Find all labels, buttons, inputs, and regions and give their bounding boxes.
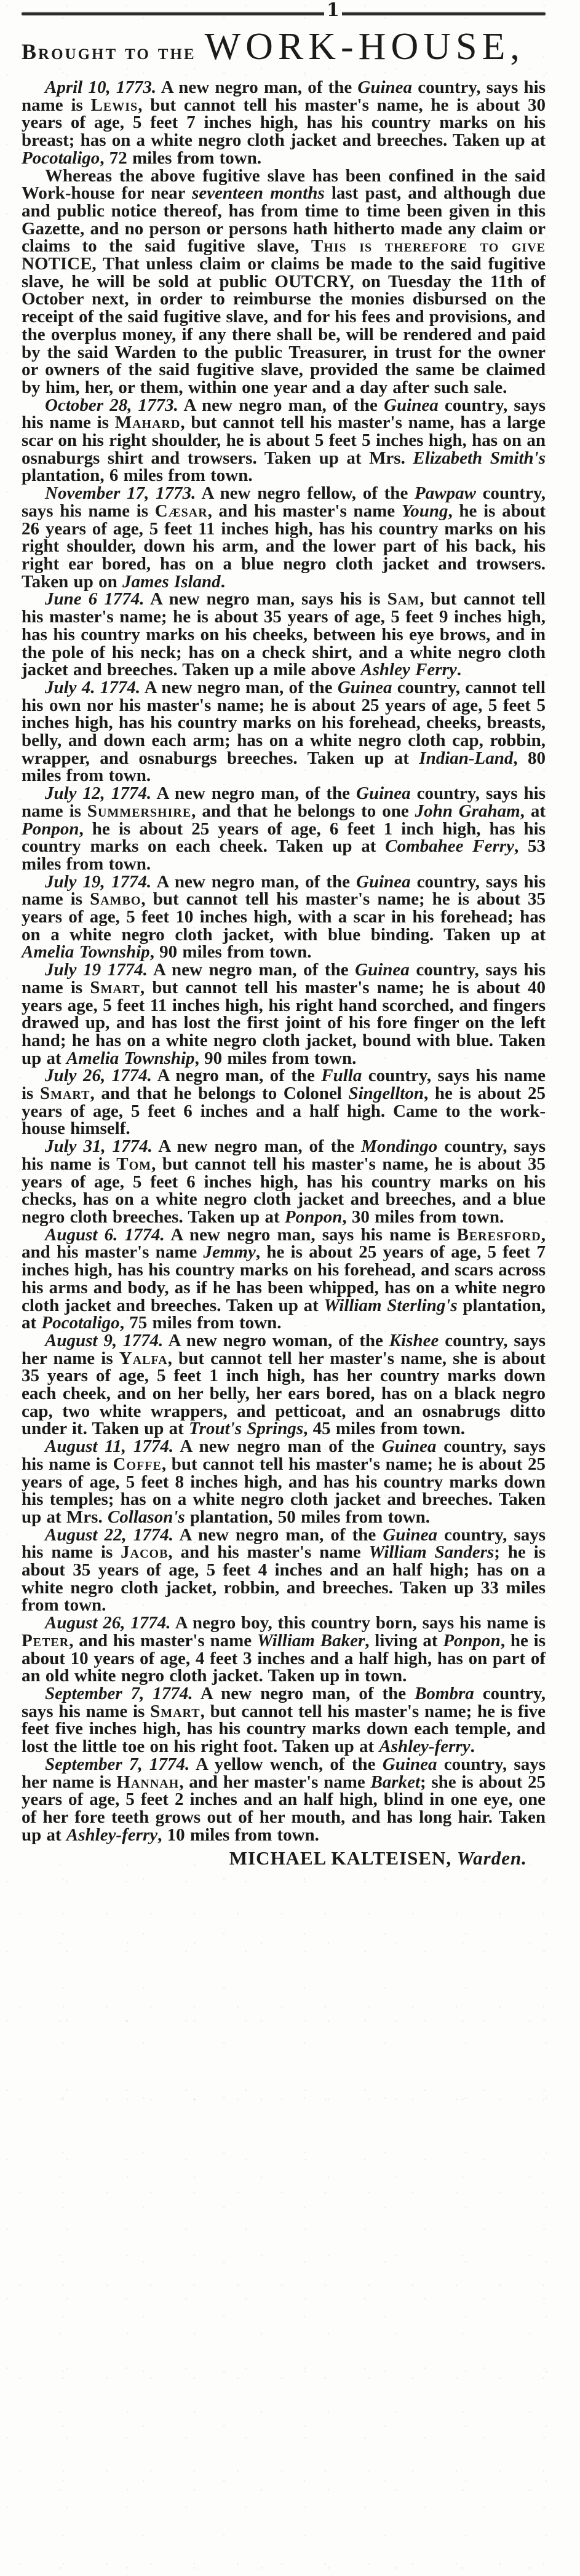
entry-text: A new negro man, of the — [173, 1525, 383, 1545]
italic-term: Collason's — [108, 1507, 185, 1527]
italic-term: Ponpon — [285, 1207, 342, 1227]
entry-date: July 26, 1774. — [45, 1066, 152, 1085]
section-rule: 1 — [22, 7, 546, 21]
person-name: Smart — [150, 1702, 201, 1721]
italic-term: Pocotaligo — [41, 1313, 119, 1333]
notice-entry: July 19 1774. A new negro man, of the Gu… — [22, 961, 546, 1067]
italic-term: Pawpaw — [415, 483, 476, 503]
entry-text: , and that he belongs to Colonel — [90, 1084, 349, 1103]
entry-text: A new negro man, says his is — [145, 589, 387, 609]
entry-date: August 6. 1774. — [45, 1225, 165, 1245]
notice-entry: July 31, 1774. A new negro man, of the M… — [22, 1138, 546, 1226]
notice-entry: November 17, 1773. A new negro fellow, o… — [22, 485, 546, 590]
notice-entry: August 26, 1774. A negro boy, this count… — [22, 1614, 546, 1685]
italic-term: William Baker — [257, 1631, 365, 1651]
entry-text: . — [457, 660, 461, 680]
notice-entry: October 28, 1773. A new negro man, of th… — [22, 397, 546, 485]
entry-date: August 11, 1774. — [45, 1437, 173, 1456]
advertisement-heading: Brought to theWORK-HOUSE, — [22, 27, 546, 76]
notice-entry: July 19, 1774. A new negro man, of the G… — [22, 873, 546, 962]
entry-date: August 9, 1774. — [45, 1331, 163, 1350]
italic-term: William Sterling's — [324, 1296, 458, 1315]
notice-entry: July 4. 1774. A new negro man, of the Gu… — [22, 679, 546, 785]
italic-term: Elizabeth Smith's — [413, 448, 546, 468]
italic-term: Ponpon — [443, 1631, 500, 1651]
entry-text: A new negro man, of the — [148, 960, 355, 980]
entry-text: A new negro man, says his name is — [165, 1225, 457, 1245]
notice-entry: August 11, 1774. A new negro man of the … — [22, 1438, 546, 1526]
page-mark: 1 — [324, 1, 342, 20]
person-name: Jacob — [121, 1542, 168, 1562]
italic-term: Barket — [370, 1772, 420, 1792]
person-name: Coffe — [113, 1454, 162, 1474]
entry-date: July 4. 1774. — [45, 678, 140, 697]
italic-term: John Graham — [415, 801, 520, 821]
entry-text: A new negro man, of the — [156, 77, 357, 97]
person-name: Sam — [387, 589, 419, 609]
italic-term: seventeen months — [192, 183, 325, 203]
rule-line — [22, 12, 546, 15]
entries-list: April 10, 1773. A new negro man, of the … — [22, 79, 546, 1844]
entry-text: , 45 miles from town. — [303, 1419, 465, 1438]
entry-text: , and that he belongs to one — [191, 801, 415, 821]
italic-term: Ashley Ferry — [360, 660, 456, 680]
entry-text: A negro boy, this country born, says his… — [171, 1613, 546, 1633]
entry-text: A negro man, of the — [152, 1066, 321, 1085]
entry-date: June 6 1774. — [45, 589, 145, 609]
entry-text: plantation, 6 miles from town. — [22, 466, 253, 485]
heading-main: WORK-HOUSE, — [205, 26, 525, 68]
entry-date: July 12, 1774. — [45, 783, 151, 803]
entry-date: October 28, 1773. — [45, 395, 178, 415]
entry-text: , 90 miles from town. — [150, 942, 312, 962]
person-name: Smart — [90, 978, 140, 997]
entry-text: NOTICE, That unless claim or claims be m… — [22, 254, 546, 397]
newspaper-column: 1 Brought to theWORK-HOUSE, April 10, 17… — [22, 0, 546, 1869]
notice-entry: July 26, 1774. A negro man, of the Fulla… — [22, 1067, 546, 1138]
entry-date: April 10, 1773. — [45, 77, 156, 97]
person-name: Sambo — [90, 889, 141, 909]
entry-text: A new negro woman, of the — [163, 1331, 389, 1350]
notice-entry: August 9, 1774. A new negro woman, of th… — [22, 1332, 546, 1438]
italic-term: Guinea — [357, 77, 412, 97]
notice-entry: July 12, 1774. A new negro man, of the G… — [22, 785, 546, 873]
entry-date: August 22, 1774. — [45, 1525, 173, 1545]
italic-term: Guinea — [383, 1525, 437, 1545]
person-name: Beresford — [456, 1225, 541, 1245]
entry-date: September 7, 1774. — [45, 1684, 193, 1703]
notice-entry: April 10, 1773. A new negro man, of the … — [22, 79, 546, 167]
italic-term: Amelia Township — [66, 1048, 195, 1068]
entry-date: July 31, 1774. — [45, 1136, 153, 1156]
italic-term: Guinea — [356, 872, 411, 892]
person-name: Mahard — [115, 413, 181, 432]
italic-term: Indian-Land — [419, 748, 513, 768]
italic-term: Amelia Township — [22, 942, 150, 962]
italic-term: Trout's Springs — [189, 1419, 303, 1438]
entry-date: September 7, 1774. — [45, 1754, 189, 1774]
person-name: Cæsar — [155, 501, 208, 521]
entry-text: , 75 miles from town. — [120, 1313, 282, 1333]
italic-term: Ashley-ferry — [379, 1737, 470, 1756]
entry-text: , 90 miles from town. — [195, 1048, 357, 1068]
italic-term: Combahee Ferry — [385, 836, 514, 856]
italic-term: Ashley-ferry — [66, 1825, 157, 1845]
signature-name: MICHAEL KALTEISEN, — [229, 1847, 451, 1869]
person-name: Yalfa — [119, 1349, 168, 1368]
entry-text: , 30 miles from town. — [342, 1207, 504, 1227]
entry-text: , 10 miles from town. — [157, 1825, 319, 1845]
entry-date: November 17, 1773. — [45, 483, 196, 503]
entry-text: , at — [520, 801, 546, 821]
entry-text: A new negro man, of the — [153, 1136, 361, 1156]
notice-entry: August 6. 1774. A new negro man, says hi… — [22, 1226, 546, 1332]
italic-term: Young — [402, 501, 448, 521]
italic-term: Guinea — [384, 395, 439, 415]
italic-term: Singellton — [349, 1084, 424, 1103]
entry-text: A new negro man, of the — [151, 872, 356, 892]
entry-text: , and his master's name — [208, 501, 402, 521]
entry-text: A new negro fellow, of the — [196, 483, 415, 503]
person-name: Lewis — [91, 95, 138, 115]
italic-term: Guinea — [338, 678, 392, 697]
person-name: Tom — [116, 1154, 151, 1174]
italic-term: Kishee — [389, 1331, 439, 1350]
notice-entry: August 22, 1774. A new negro man, of the… — [22, 1526, 546, 1615]
italic-term: William Sanders — [369, 1542, 495, 1562]
entry-text: , 72 miles from town. — [100, 148, 261, 168]
notice-entry: Whereas the above fugitive slave has bee… — [22, 167, 546, 397]
entry-text: A yellow wench, of the — [189, 1754, 383, 1774]
italic-term: Guinea — [356, 783, 411, 803]
entry-text: , and her master's name — [179, 1772, 370, 1792]
italic-term: Bombra — [415, 1684, 474, 1703]
person-name: This is therefore to give — [311, 236, 546, 256]
notice-entry: June 6 1774. A new negro man, says his i… — [22, 590, 546, 679]
signature: MICHAEL KALTEISEN, Warden. — [22, 1847, 546, 1869]
entry-text: A new negro man, of the — [193, 1684, 415, 1703]
entry-text: A new negro man, of the — [151, 783, 356, 803]
entry-text: , living at — [365, 1631, 443, 1651]
entry-text: , and his master's name — [168, 1542, 368, 1562]
entry-text: A new negro man, of the — [140, 678, 338, 697]
person-name: Smart — [40, 1084, 90, 1103]
entry-text: A new negro man, of the — [178, 395, 384, 415]
entry-text: A new negro man of the — [173, 1437, 382, 1456]
italic-term: Pocotaligo — [22, 148, 100, 168]
person-name: Summershire — [87, 801, 191, 821]
italic-term: Guinea — [355, 960, 410, 980]
entry-text: . — [221, 572, 225, 592]
heading-lead: Brought to the — [22, 39, 196, 64]
entry-date: August 26, 1774. — [45, 1613, 171, 1633]
entry-date: July 19, 1774. — [45, 872, 151, 892]
notice-entry: September 7, 1774. A yellow wench, of th… — [22, 1756, 546, 1844]
signature-role: Warden. — [457, 1847, 527, 1869]
person-name: Hannah — [116, 1772, 179, 1792]
entry-text: . — [471, 1737, 475, 1756]
italic-term: Guinea — [383, 1754, 437, 1774]
italic-term: Jemmy — [203, 1242, 255, 1262]
italic-term: Ponpon — [22, 819, 79, 839]
notice-entry: September 7, 1774. A new negro man, of t… — [22, 1685, 546, 1756]
italic-term: Mondingo — [361, 1136, 437, 1156]
person-name: Peter — [22, 1631, 69, 1651]
entry-text: plantation, 50 miles from town. — [185, 1507, 430, 1527]
italic-term: Guinea — [382, 1437, 437, 1456]
italic-term: James Island — [122, 572, 221, 592]
italic-term: Fulla — [321, 1066, 362, 1085]
entry-date: July 19 1774. — [45, 960, 148, 980]
entry-text: , and his master's name — [69, 1631, 257, 1651]
